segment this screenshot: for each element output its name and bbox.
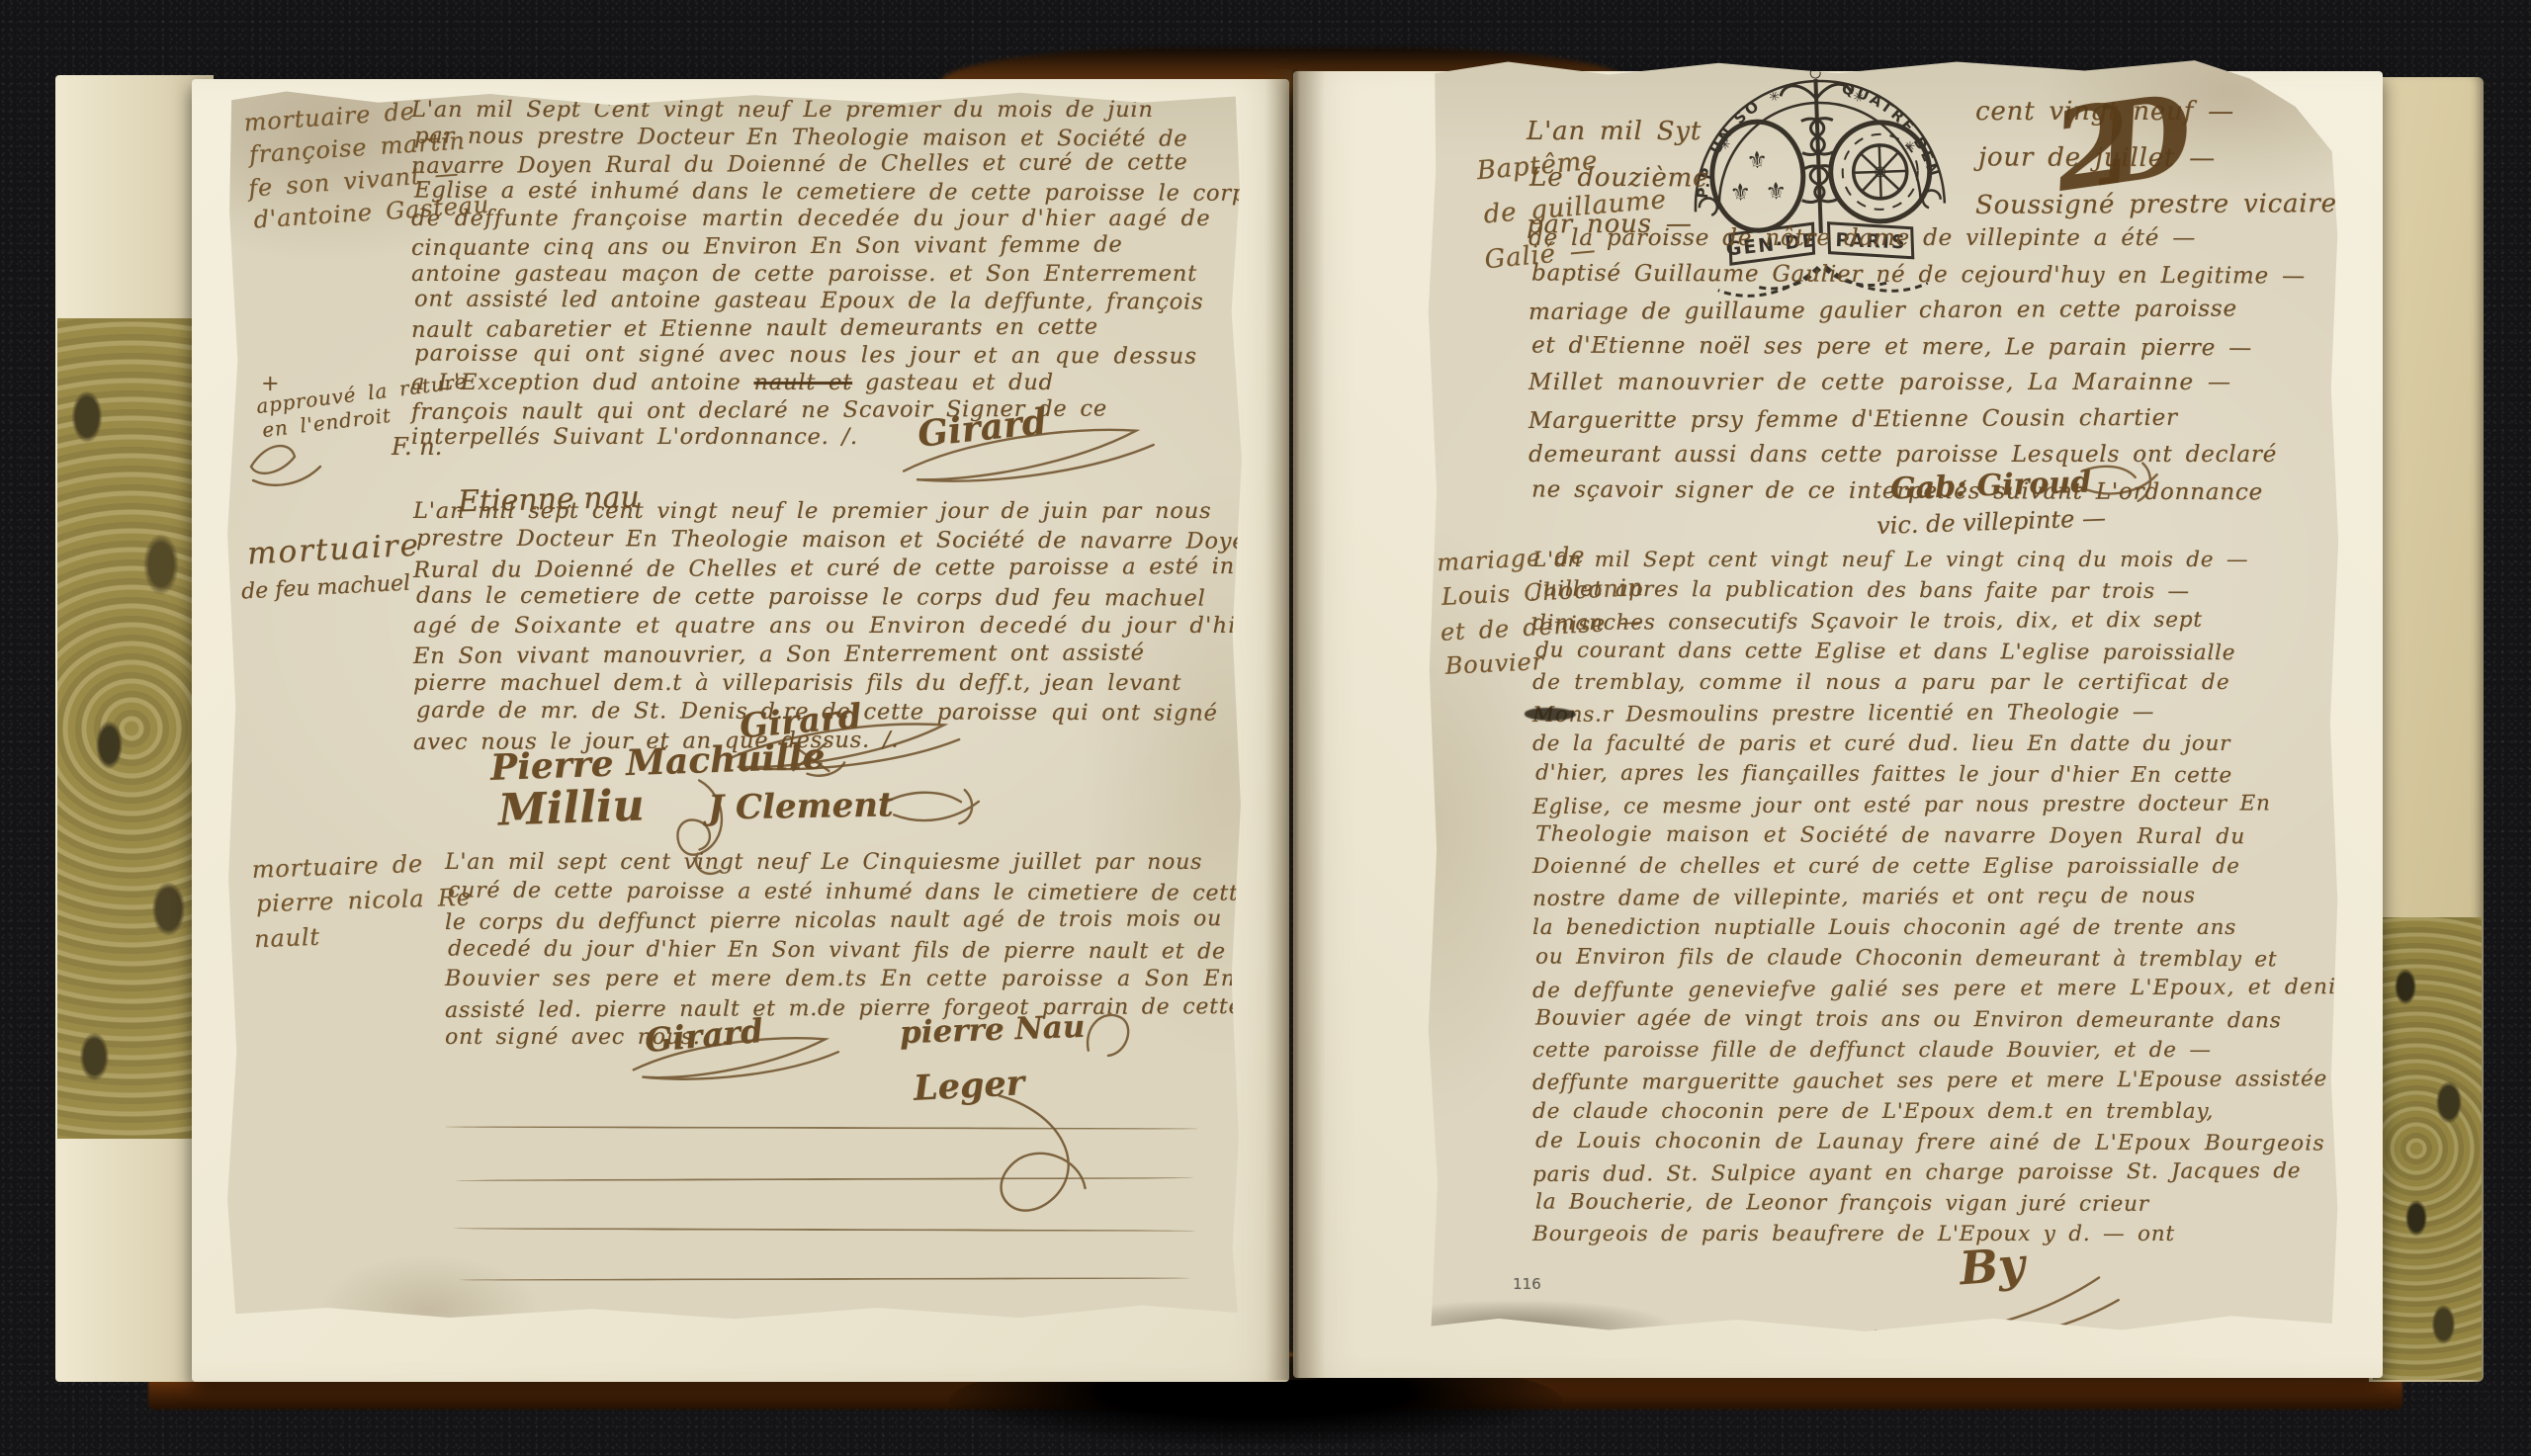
margin-note-burial-machuel-name: de feu machuel [240, 571, 410, 605]
gutter-shadow [1265, 69, 1325, 1380]
blank-filler-line [459, 1277, 1190, 1281]
signature-j-clement: J Clement [708, 785, 894, 827]
record-text-burial-francoise-martin: L'an mil Sept Cent vingt neuf Le premier… [411, 97, 1192, 452]
signature-leger: Leger [913, 1063, 1025, 1109]
right-manuscript-leaf: P.P. UN SO QUATRE DEN ✳ ✳ ✳ ✳ ⚜ ⚜ ⚜ [1426, 55, 2341, 1336]
stamp-rosette-icon: ✳ [1767, 88, 1783, 106]
record-text-marriage: L'an mil Sept cent vingt neuf Le vingt c… [1532, 548, 2333, 1252]
pencil-folio-number: 116 [1513, 1275, 1541, 1293]
left-manuscript-leaf: mortuaire defrançoise martinfe son vivan… [225, 89, 1244, 1323]
fleur-de-lis-icon: ⚜ [1746, 146, 1768, 175]
signature-milliu: Milliu [497, 780, 645, 835]
date-correction-overwrite: 2D [2046, 74, 2165, 216]
margin-note-burial-pierre-nicolas-nault: mortuaire depierre nicola Renault [251, 848, 470, 960]
signature-monogram-epoux: By [1958, 1238, 2026, 1295]
right-cover-marbled-paper [2373, 917, 2482, 1380]
approval-initials: F. n. [392, 433, 442, 461]
signature-gab-giroud: Gab: Giroud [1889, 465, 2091, 506]
fleur-de-lis-icon: ⚜ [1729, 178, 1751, 207]
ink-blot [1525, 708, 1576, 721]
left-cover-marbled-paper [57, 318, 206, 1139]
signature-pierre-nau: pierre Nau [899, 1009, 1085, 1052]
fleur-de-lis-icon: ⚜ [1765, 177, 1787, 206]
margin-note-burial-machuel-title: mortuaire [246, 527, 421, 571]
